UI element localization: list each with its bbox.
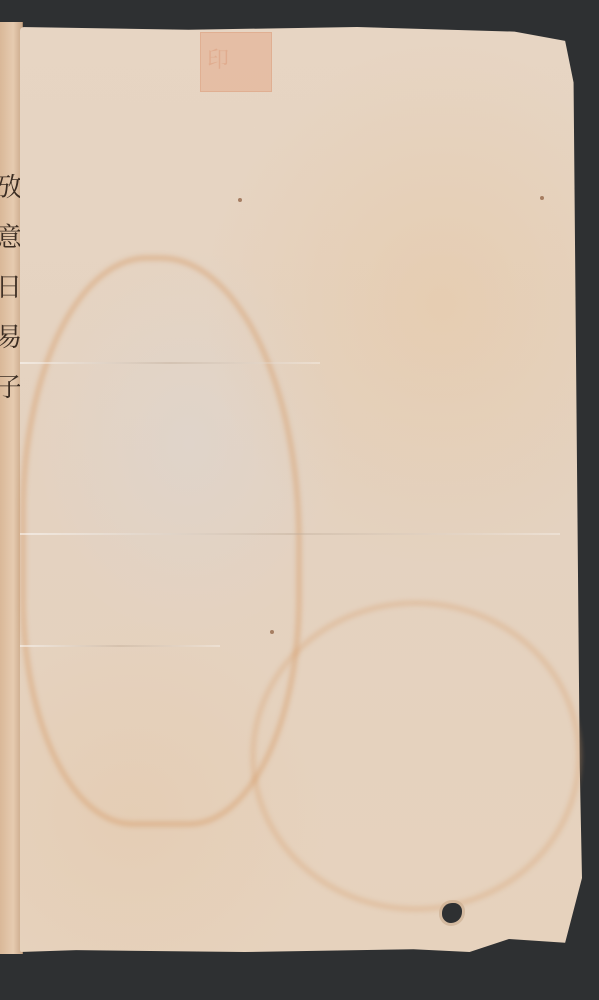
paper-crease bbox=[20, 645, 220, 647]
red-seal-stamp: 印 bbox=[200, 32, 272, 92]
margin-text-column: 攷 意 日 易 子 bbox=[0, 172, 22, 404]
foxing-spot bbox=[238, 198, 242, 202]
glyph: 意 bbox=[0, 222, 22, 254]
glyph: 子 bbox=[0, 372, 22, 404]
scanned-page: 攷 意 日 易 子 印 bbox=[0, 0, 599, 1000]
glyph: 攷 bbox=[0, 172, 22, 204]
foxing-spot bbox=[270, 630, 274, 634]
foxing-spot bbox=[540, 196, 544, 200]
water-stain bbox=[250, 600, 582, 912]
paper-crease bbox=[20, 533, 560, 535]
seal-text: 印 bbox=[207, 43, 233, 74]
glyph: 易 bbox=[0, 322, 22, 354]
paper-crease bbox=[20, 362, 320, 364]
glyph: 日 bbox=[0, 272, 22, 304]
